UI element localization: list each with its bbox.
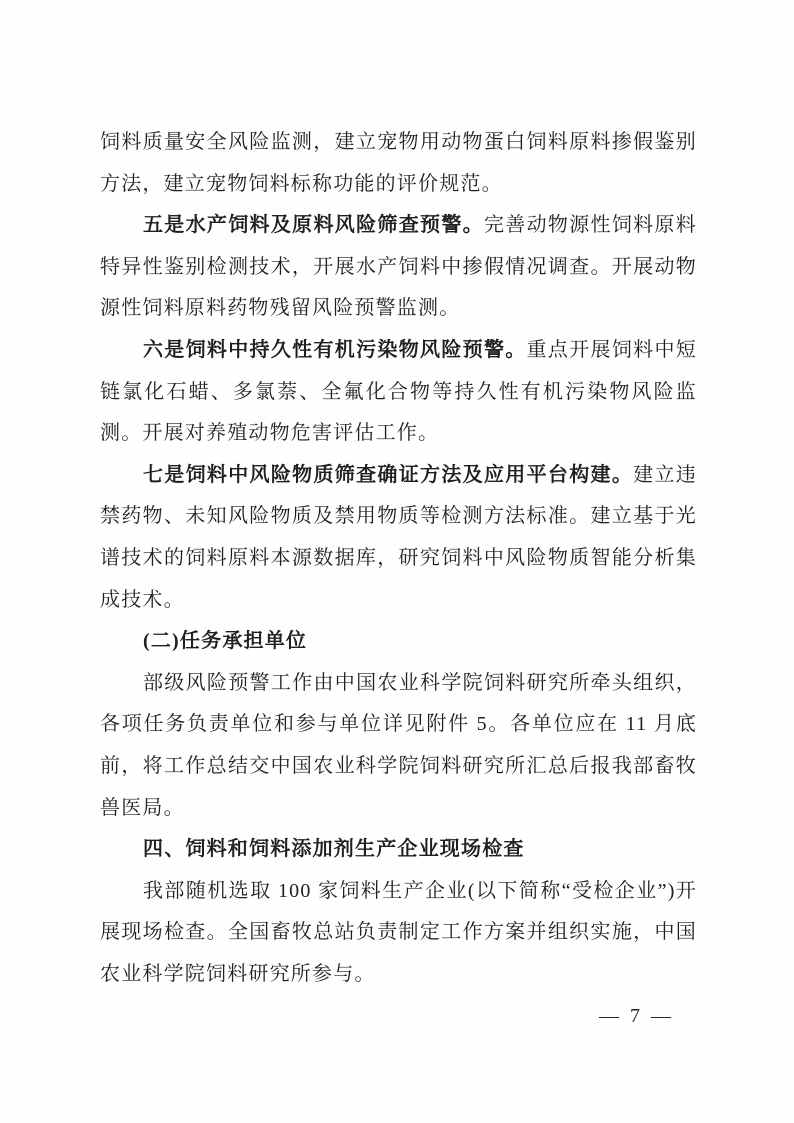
paragraph-continuation: 饲料质量安全风险监测，建立宠物用动物蛋白饲料原料掺假鉴别方法，建立宠物饲料标称功… (100, 122, 697, 205)
item-six-lead-in: 六是饲料中持久性有机污染物风险预警。 (143, 339, 527, 361)
section-heading-text: 四、饲料和饲料添加剂生产企业现场检查 (143, 838, 525, 860)
subsection-heading-text: (二)任务承担单位 (143, 630, 307, 652)
document-page: 饲料质量安全风险监测，建立宠物用动物蛋白饲料原料掺假鉴别方法，建立宠物饲料标称功… (0, 0, 794, 1123)
paragraph-item-five: 五是水产饲料及原料风险筛查预警。完善动物源性饲料原料特异性鉴别检测技术，开展水产… (100, 205, 697, 330)
paragraph-item-six: 六是饲料中持久性有机污染物风险预警。重点开展饲料中短链氯化石蜡、多氯萘、全氟化合… (100, 330, 697, 455)
item-five-lead-in: 五是水产饲料及原料风险筛查预警。 (143, 214, 484, 236)
document-body: 饲料质量安全风险监测，建立宠物用动物蛋白饲料原料掺假鉴别方法，建立宠物饲料标称功… (100, 122, 697, 995)
subsection-heading-two: (二)任务承担单位 (100, 621, 697, 663)
paragraph-text: 我部随机选取 100 家饲料生产企业(以下简称“受检企业”)开展现场检查。全国畜… (100, 880, 697, 985)
paragraph-item-seven: 七是饲料中风险物质筛查确证方法及应用平台构建。建立违禁药物、未知风险物质及禁用物… (100, 455, 697, 621)
paragraph-responsible-units: 部级风险预警工作由中国农业科学院饲料研究所牵头组织，各项任务负责单位和参与单位详… (100, 663, 697, 829)
section-heading-four: 四、饲料和饲料添加剂生产企业现场检查 (100, 829, 697, 871)
paragraph-text: 部级风险预警工作由中国农业科学院饲料研究所牵头组织，各项任务负责单位和参与单位详… (100, 672, 697, 819)
paragraph-onsite-inspection: 我部随机选取 100 家饲料生产企业(以下简称“受检企业”)开展现场检查。全国畜… (100, 871, 697, 996)
item-seven-lead-in: 七是饲料中风险物质筛查确证方法及应用平台构建。 (143, 464, 633, 486)
paragraph-text: 饲料质量安全风险监测，建立宠物用动物蛋白饲料原料掺假鉴别方法，建立宠物饲料标称功… (100, 131, 697, 195)
page-number: — 7 — (599, 1005, 674, 1028)
